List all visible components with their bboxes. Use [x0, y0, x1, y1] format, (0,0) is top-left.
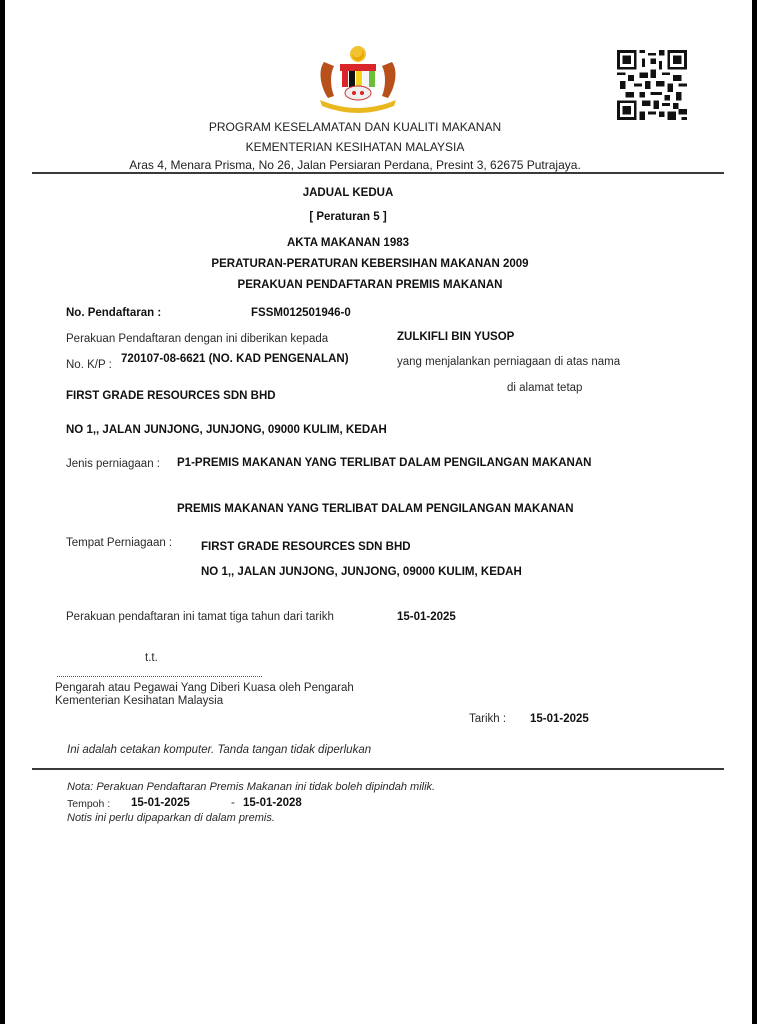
- registration-number: FSSM012501946-0: [251, 307, 351, 319]
- ic-label: No. K/P :: [66, 359, 112, 371]
- validity-date: 15-01-2025: [397, 611, 456, 623]
- period-end: 15-01-2028: [243, 797, 302, 809]
- transfer-note: Nota: Perakuan Pendaftaran Premis Makana…: [67, 781, 435, 793]
- grant-text: Perakuan Pendaftaran dengan ini diberika…: [66, 333, 328, 345]
- tt-mark: t.t.: [145, 652, 158, 664]
- validity-text: Perakuan pendaftaran ini tamat tiga tahu…: [66, 611, 334, 623]
- act-title: AKTA MAKANAN 1983: [5, 237, 691, 249]
- ministry-address: Aras 4, Menara Prisma, No 26, Jalan Pers…: [5, 158, 705, 172]
- computer-generated-note: Ini adalah cetakan komputer. Tanda tanga…: [67, 744, 371, 756]
- business-type-value: P1-PREMIS MAKANAN YANG TERLIBAT DALAM PE…: [177, 457, 591, 469]
- signature-line: [57, 676, 262, 677]
- business-type-description: PREMIS MAKANAN YANG TERLIBAT DALAM PENGI…: [177, 503, 574, 515]
- period-label: Tempoh :: [67, 798, 110, 810]
- premises-name: FIRST GRADE RESOURCES SDN BHD: [201, 541, 411, 553]
- signature-date: 15-01-2025: [530, 713, 589, 725]
- period-start: 15-01-2025: [131, 797, 190, 809]
- premises-address: NO 1,, JALAN JUNJONG, JUNJONG, 09000 KUL…: [201, 566, 522, 578]
- holder-name: ZULKIFLI BIN YUSOP: [397, 331, 514, 343]
- ministry-name: KEMENTERIAN KESIHATAN MALAYSIA: [5, 140, 705, 154]
- fixed-address-label: di alamat tetap: [507, 382, 582, 394]
- certificate-title: PERAKUAN PENDAFTARAN PREMIS MAKANAN: [5, 279, 735, 291]
- regulations-title: PERATURAN-PERATURAN KEBERSIHAN MAKANAN 2…: [5, 258, 735, 270]
- header-divider: [32, 172, 724, 174]
- ic-number: 720107-08-6621 (NO. KAD PENGENALAN): [121, 353, 349, 365]
- signatory-line-2: Kementerian Kesihatan Malaysia: [55, 695, 223, 707]
- program-name: PROGRAM KESELAMATAN DAN KUALITI MAKANAN: [5, 120, 705, 134]
- signatory-line-1: Pengarah atau Pegawai Yang Diberi Kuasa …: [55, 682, 354, 694]
- period-separator: -: [231, 797, 235, 809]
- qr-code-icon: [617, 50, 687, 120]
- display-notice: Notis ini perlu dipaparkan di dalam prem…: [67, 812, 275, 824]
- business-address: NO 1,, JALAN JUNJONG, JUNJONG, 09000 KUL…: [66, 424, 387, 436]
- schedule-title: JADUAL KEDUA: [5, 187, 691, 199]
- business-name: FIRST GRADE RESOURCES SDN BHD: [66, 390, 276, 402]
- ic-trailing-text: yang menjalankan perniagaan di atas nama: [397, 356, 620, 368]
- footer-divider: [32, 768, 724, 770]
- registration-label: No. Pendaftaran :: [66, 307, 161, 319]
- regulation-ref: [ Peraturan 5 ]: [5, 211, 691, 223]
- malaysia-coat-of-arms-icon: [312, 42, 404, 114]
- premises-label: Tempat Perniagaan :: [66, 537, 172, 549]
- date-label: Tarikh :: [469, 713, 506, 725]
- certificate-page: PROGRAM KESELAMATAN DAN KUALITI MAKANAN …: [5, 0, 752, 1024]
- business-type-label: Jenis perniagaan :: [66, 458, 160, 470]
